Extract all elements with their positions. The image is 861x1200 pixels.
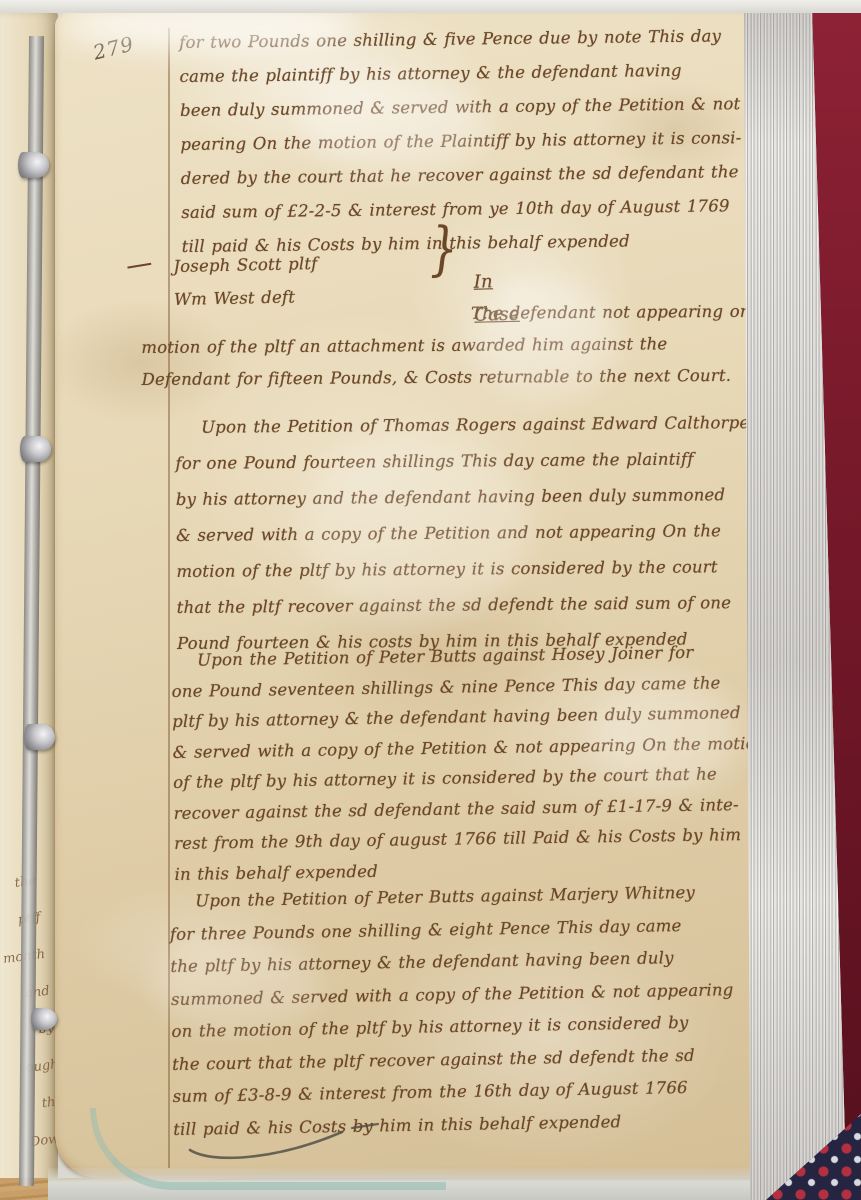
handwriting-line: that the pltf recover against the sd def… — [177, 585, 752, 626]
rogers-petition-paragraph: Upon the Petition of Thomas Rogers again… — [175, 405, 751, 662]
binder-post — [20, 436, 51, 462]
handwriting-line: motion of the pltf an attachment is awar… — [141, 328, 785, 364]
handwriting-line: The defendant not appearing on the — [141, 296, 785, 332]
handwriting-line: for two Pounds one shilling & five Pence… — [179, 19, 773, 60]
butts-joiner-petition-paragraph: Upon the Petition of Peter Butts against… — [171, 637, 769, 890]
page-number: 279 — [91, 31, 137, 64]
binder-post — [18, 152, 49, 178]
scott-case-judgment-paragraph: The defendant not appearing on themotion… — [141, 296, 785, 396]
plaintiff-name: Joseph Scott pltf — [173, 247, 318, 283]
margin-rule-line — [168, 28, 170, 1168]
handwriting-line: by his attorney and the defendant having… — [176, 477, 751, 518]
handwriting-line: for one Pound fourteen shillings This da… — [175, 441, 750, 482]
butts-whitney-petition-paragraph: Upon the Petition of Peter Butts against… — [169, 876, 736, 1146]
handwriting-line: & served with a copy of the Petition and… — [176, 513, 751, 554]
binder-post — [31, 1008, 57, 1030]
ink-flourish-stroke — [182, 1116, 412, 1176]
binder-post — [24, 724, 55, 750]
background-strip — [0, 0, 861, 13]
caption-brace: } — [429, 232, 458, 266]
manuscript-page: 279 for two Pounds one shilling & five P… — [55, 12, 761, 1178]
opening-judgment-paragraph: for two Pounds one shilling & five Pence… — [179, 19, 775, 264]
margin-dash — [127, 263, 151, 269]
manuscript-photo: theptffmonthandbyoughtheDown 279 for two… — [0, 0, 861, 1200]
handwriting-line: Upon the Petition of Thomas Rogers again… — [175, 405, 750, 446]
handwriting-line: Defendant for fifteen Pounds, & Costs re… — [141, 360, 785, 396]
handwriting-line: said sum of £2-2-5 & interest from ye 10… — [181, 189, 775, 230]
handwriting-line: motion of the pltf by his attorney it is… — [176, 549, 751, 590]
